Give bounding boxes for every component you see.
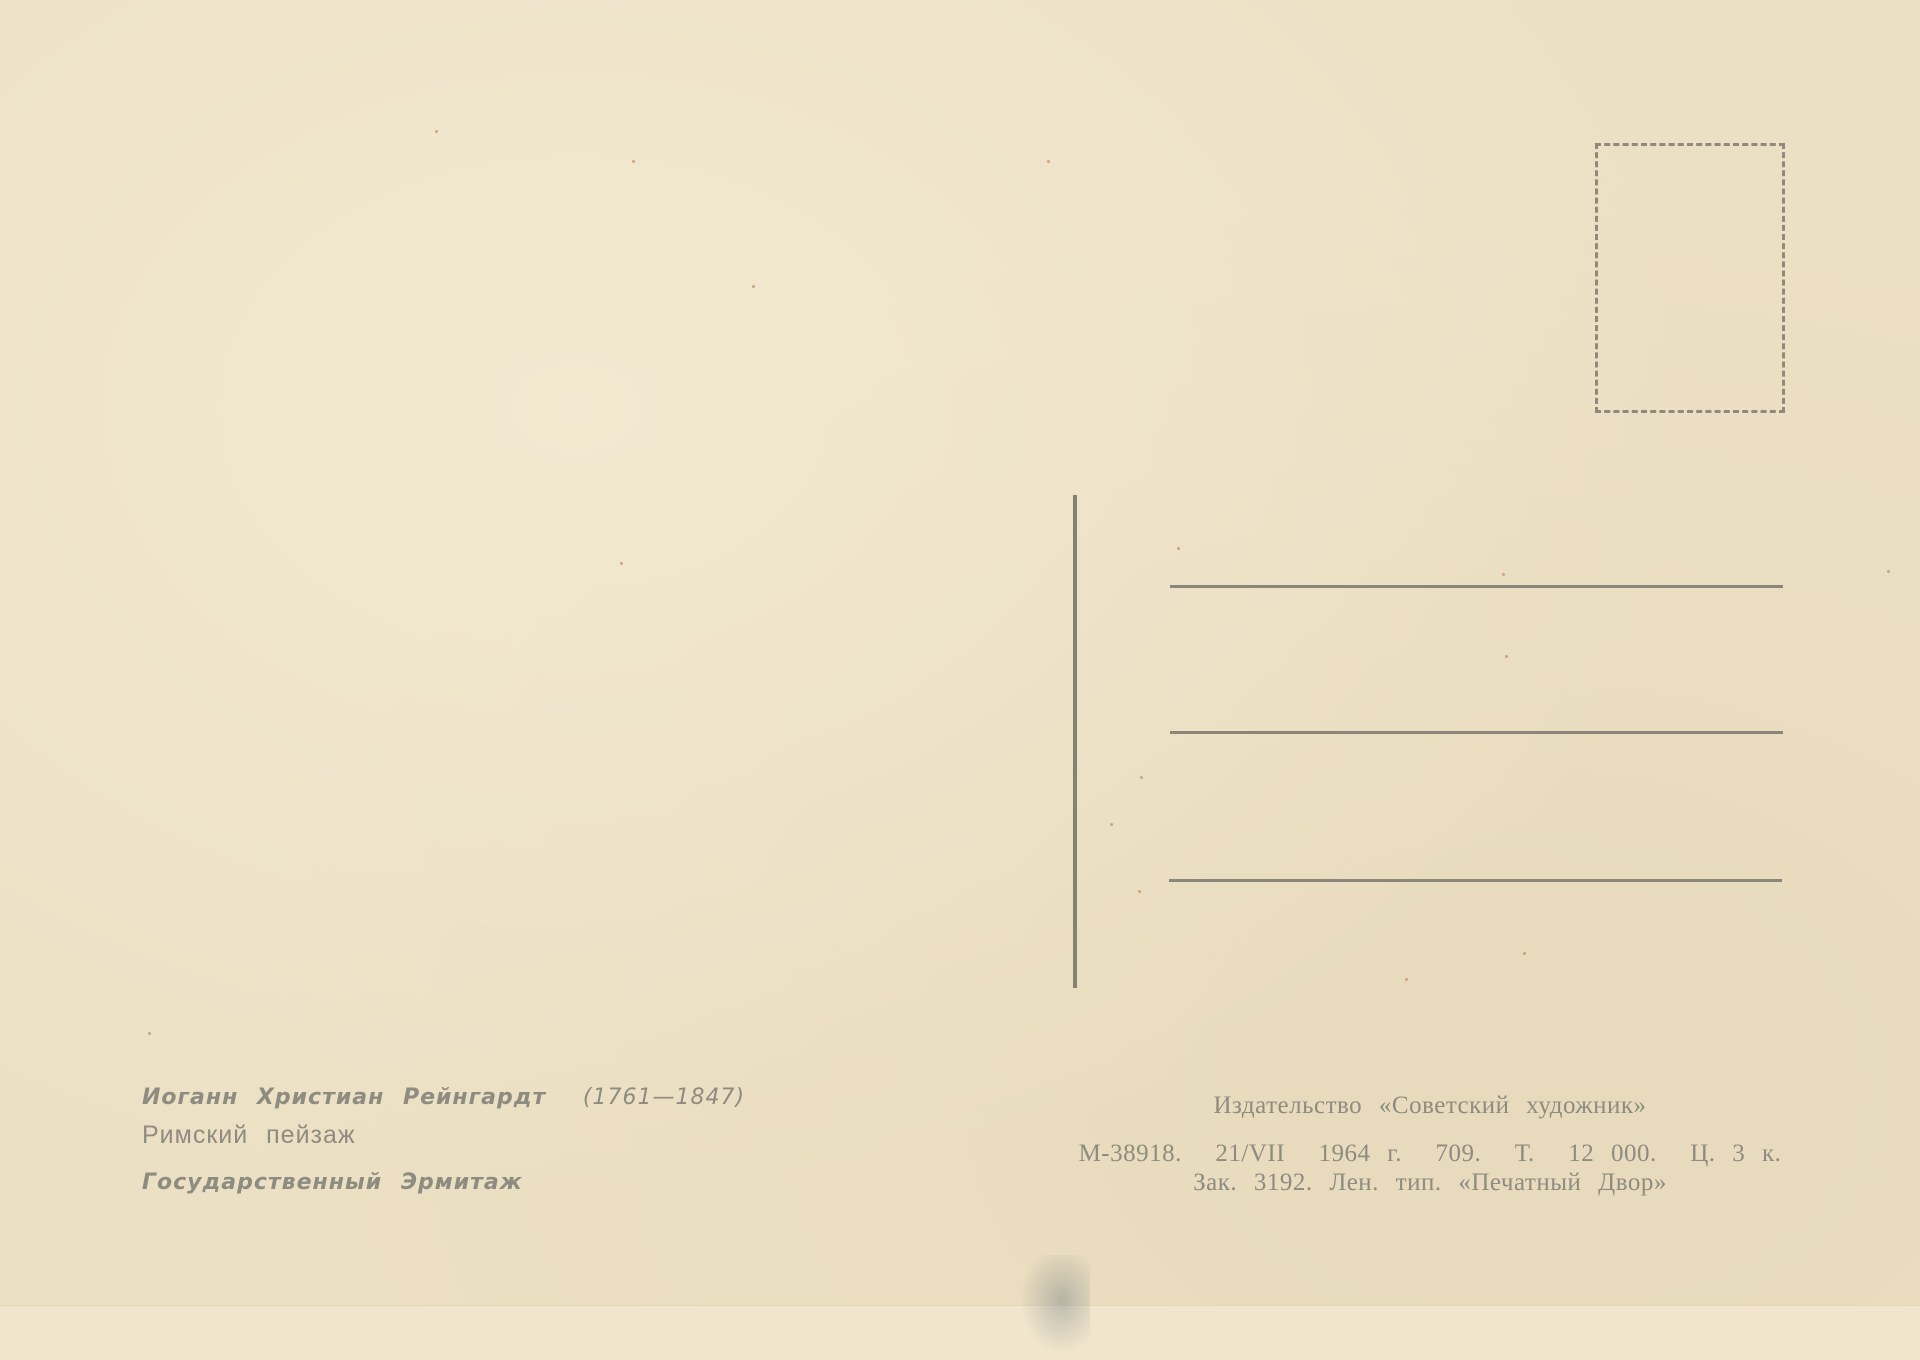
paper-speck [1505,655,1508,658]
paper-speck [1405,978,1408,981]
artist-name: Иоганн Христиан Рейнгардт [142,1085,546,1110]
stamp-placeholder-box [1595,143,1785,413]
paper-speck [1177,547,1180,550]
paper-speck [632,160,635,163]
imprint-line-2: Зак. 3192. Лен. тип. «Печатный Двор» [1040,1169,1820,1197]
paper-speck [148,1032,151,1035]
paper-speck [1502,573,1505,576]
imprint-line-1: М-38918. 21/VII 1964 г. 709. Т. 12 000. … [1040,1140,1820,1168]
ink-smudge [1020,1255,1090,1355]
postcard-back: Иоганн Христиан Рейнгардт (1761—1847) Ри… [0,0,1920,1360]
paper-speck [1523,952,1526,955]
publisher-name: Издательство «Советский художник» [1040,1092,1820,1120]
address-line-2 [1170,731,1783,734]
paper-speck [620,562,623,565]
paper-fold-strip [0,1305,1920,1360]
museum-name: Государственный Эрмитаж [142,1170,523,1195]
artwork-title: Римский пейзаж [142,1121,356,1150]
paper-speck [1138,890,1141,893]
address-line-3 [1169,879,1782,882]
paper-speck [752,285,755,288]
paper-speck [435,130,438,133]
paper-speck [1110,823,1113,826]
paper-speck [1140,776,1143,779]
message-address-divider [1073,495,1077,988]
artist-years: (1761—1847) [583,1085,745,1110]
artist-line: Иоганн Христиан Рейнгардт (1761—1847) [142,1085,745,1110]
address-line-1 [1170,585,1783,588]
paper-speck [1887,570,1890,573]
paper-speck [1047,160,1050,163]
